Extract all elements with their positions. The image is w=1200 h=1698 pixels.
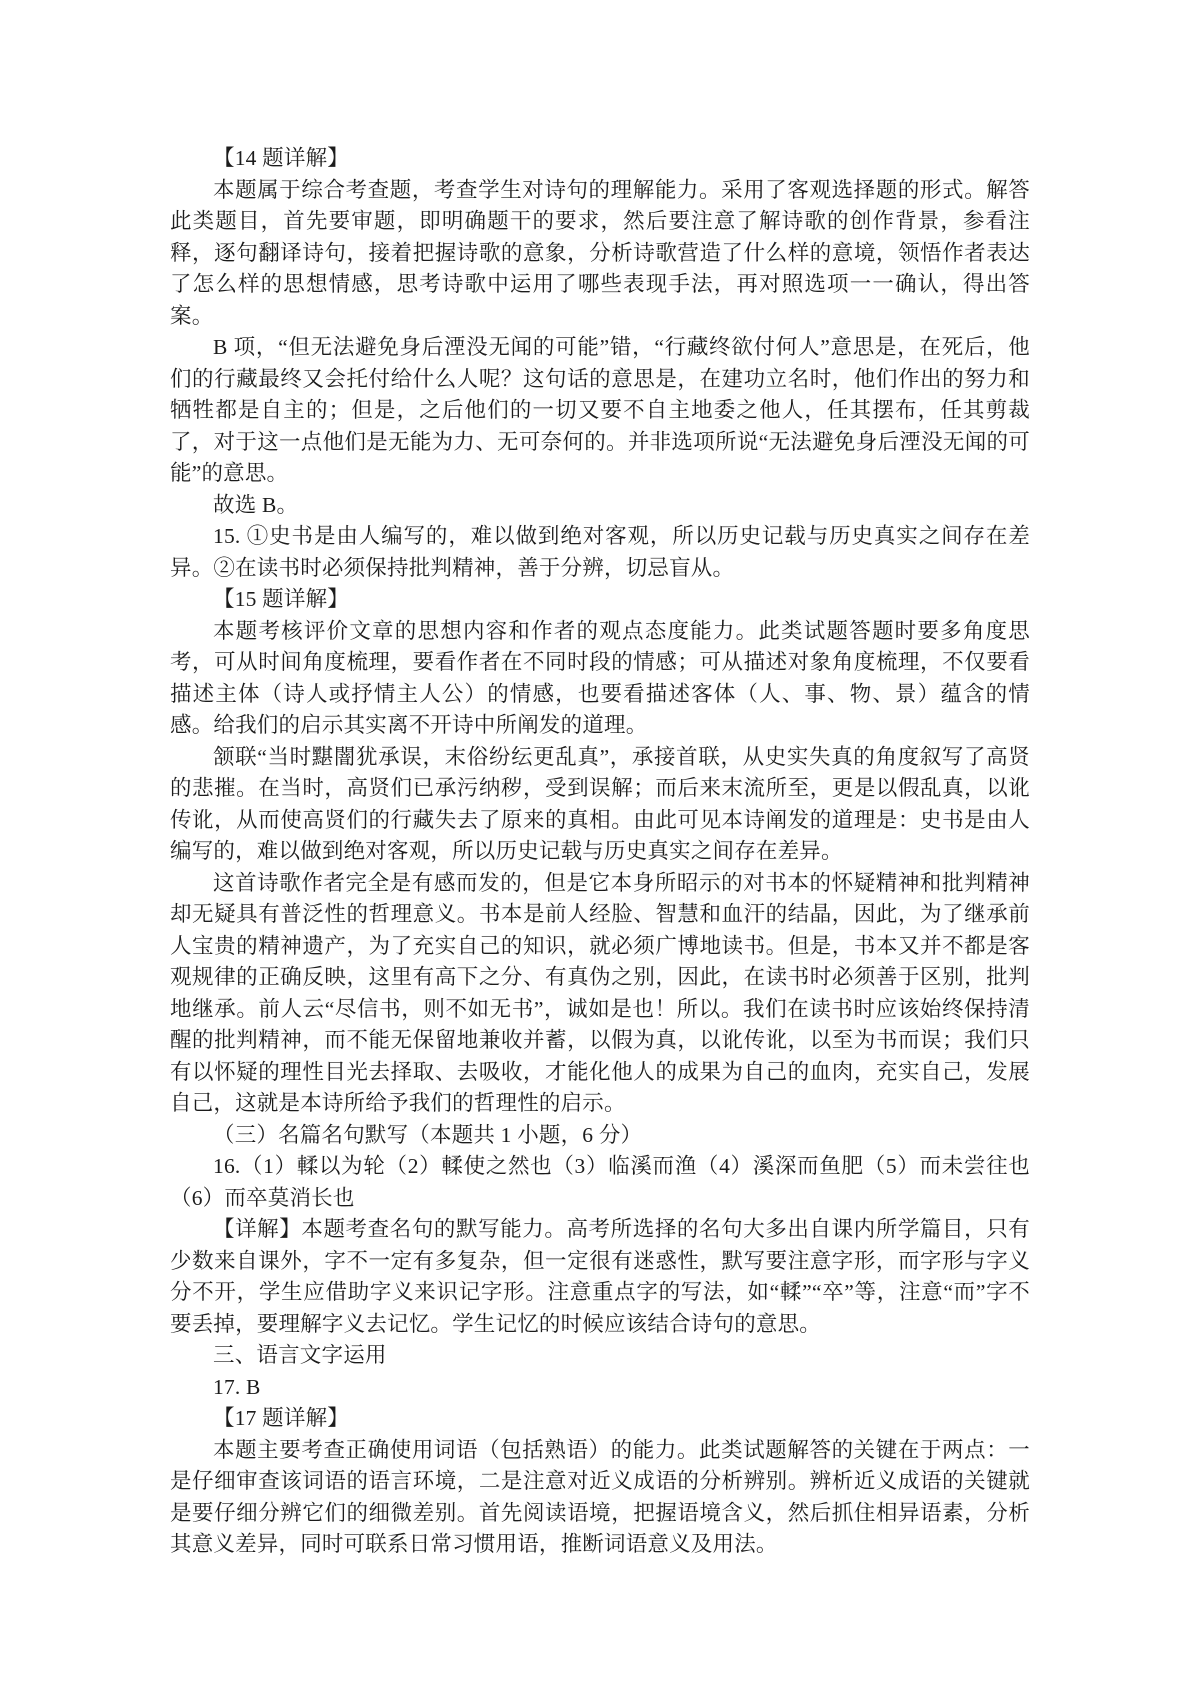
document-page: 【14 题详解】 本题属于综合考查题，考查学生对诗句的理解能力。采用了客观选择题…: [0, 0, 1200, 1698]
q14-detail-heading: 【14 题详解】: [170, 143, 1030, 175]
q17-answer: 17. B: [170, 1372, 1030, 1404]
q14-explanation-option-b: B 项，“但无法避免身后湮没无闻的可能”错，“行藏终欲付何人”意思是，在死后，他…: [170, 332, 1030, 490]
q16-answer: 16.（1）輮以为轮（2）輮使之然也（3）临溪而渔（4）溪深而鱼肥（5）而未尝往…: [170, 1151, 1030, 1214]
q15-explanation-method: 本题考核评价文章的思想内容和作者的观点态度能力。此类试题答题时要多角度思考，可从…: [170, 616, 1030, 742]
section-3-heading: （三）名篇名句默写（本题共 1 小题，6 分）: [170, 1120, 1030, 1152]
q17-explanation-method: 本题主要考查正确使用词语（包括熟语）的能力。此类试题解答的关键在于两点：一是仔细…: [170, 1435, 1030, 1561]
section-three-heading: 三、语言文字运用: [170, 1340, 1030, 1372]
q15-explanation-philosophy: 这首诗歌作者完全是有感而发的，但是它本身所昭示的对书本的怀疑精神和批判精神却无疑…: [170, 868, 1030, 1120]
q14-explanation-method: 本题属于综合考查题，考查学生对诗句的理解能力。采用了客观选择题的形式。解答此类题…: [170, 175, 1030, 333]
q15-answer: 15. ①史书是由人编写的，难以做到绝对客观，所以历史记载与历史真实之间存在差异…: [170, 521, 1030, 584]
q15-explanation-analysis: 颔联“当时黮闇犹承误，末俗纷纭更乱真”，承接首联，从史实失真的角度叙写了高贤的悲…: [170, 742, 1030, 868]
document-text-block: 【14 题详解】 本题属于综合考查题，考查学生对诗句的理解能力。采用了客观选择题…: [170, 143, 1030, 1561]
q14-answer-conclusion: 故选 B。: [170, 490, 1030, 522]
q15-detail-heading: 【15 题详解】: [170, 584, 1030, 616]
q17-detail-heading: 【17 题详解】: [170, 1403, 1030, 1435]
q16-detail-explanation: 【详解】本题考查名句的默写能力。高考所选择的名句大多出自课内所学篇目，只有少数来…: [170, 1214, 1030, 1340]
